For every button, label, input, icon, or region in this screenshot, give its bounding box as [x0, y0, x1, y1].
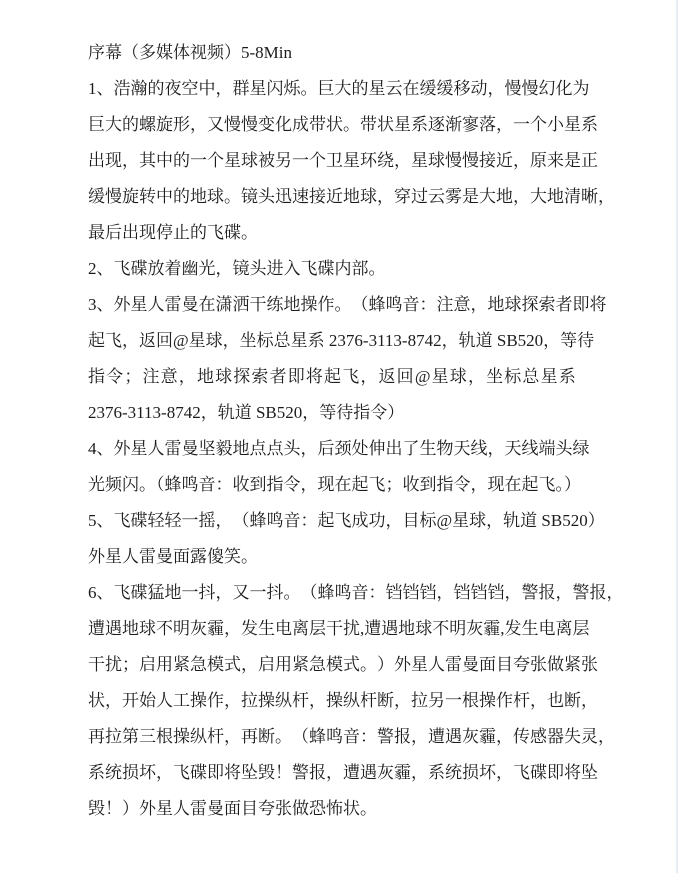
text-line: 缓慢旋转中的地球。镜头迅速接近地球，穿过云雾是大地，大地清晰， — [88, 179, 576, 215]
text-line: 光频闪。（蜂鸣音：收到指令，现在起飞；收到指令，现在起飞。） — [88, 467, 576, 503]
window-right-edge — [676, 0, 678, 873]
text-line: 1、浩瀚的夜空中，群星闪烁。巨大的星云在缓缓移动，慢慢幻化为 — [88, 71, 576, 107]
document-title: 序幕（多媒体视频）5-8Min — [88, 35, 576, 71]
text-line: 6、飞碟猛地一抖，又一抖。（蜂鸣音：铛铛铛，铛铛铛，警报，警报， — [88, 575, 576, 611]
text-line: 4、外星人雷曼坚毅地点点头，后颈处伸出了生物天线，天线端头绿 — [88, 431, 576, 467]
text-line: 毁！）外星人雷曼面目夸张做恐怖状。 — [88, 791, 576, 827]
text-line: 状，开始人工操作，拉操纵杆，操纵杆断，拉另一根操作杆，也断， — [88, 683, 576, 719]
text-line: 出现，其中的一个星球被另一个卫星环绕，星球慢慢接近，原来是正 — [88, 143, 576, 179]
text-line: 系统损坏，飞碟即将坠毁！警报，遭遇灰霾，系统损坏，飞碟即将坠 — [88, 755, 576, 791]
paragraph: 4、外星人雷曼坚毅地点点头，后颈处伸出了生物天线，天线端头绿光频闪。（蜂鸣音：收… — [88, 431, 576, 503]
text-line: 起飞，返回@星球，坐标总星系 2376-3113-8742，轨道 SB520，等… — [88, 323, 576, 359]
text-line: 遭遇地球不明灰霾，发生电离层干扰,遭遇地球不明灰霾,发生电离层 — [88, 611, 576, 647]
document-page: 序幕（多媒体视频）5-8Min 1、浩瀚的夜空中，群星闪烁。巨大的星云在缓缓移动… — [88, 35, 576, 827]
document-body: 1、浩瀚的夜空中，群星闪烁。巨大的星云在缓缓移动，慢慢幻化为巨大的螺旋形，又慢慢… — [88, 71, 576, 827]
text-line: 外星人雷曼面露傻笑。 — [88, 539, 576, 575]
paragraph: 2、飞碟放着幽光，镜头进入飞碟内部。 — [88, 251, 576, 287]
text-line: 2376-3113-8742，轨道 SB520，等待指令） — [88, 395, 576, 431]
paragraph: 6、飞碟猛地一抖，又一抖。（蜂鸣音：铛铛铛，铛铛铛，警报，警报，遭遇地球不明灰霾… — [88, 575, 576, 827]
text-line: 指令；注意，地球探索者即将起飞，返回@星球，坐标总星系 — [88, 359, 576, 395]
text-line: 巨大的螺旋形，又慢慢变化成带状。带状星系逐渐寥落，一个小星系 — [88, 107, 576, 143]
text-line: 干扰；启用紧急模式，启用紧急模式。）外星人雷曼面目夸张做紧张 — [88, 647, 576, 683]
text-line: 2、飞碟放着幽光，镜头进入飞碟内部。 — [88, 251, 576, 287]
paragraph: 1、浩瀚的夜空中，群星闪烁。巨大的星云在缓缓移动，慢慢幻化为巨大的螺旋形，又慢慢… — [88, 71, 576, 251]
paragraph: 5、飞碟轻轻一摇，（蜂鸣音：起飞成功，目标@星球，轨道 SB520）外星人雷曼面… — [88, 503, 576, 575]
text-line: 5、飞碟轻轻一摇，（蜂鸣音：起飞成功，目标@星球，轨道 SB520） — [88, 503, 576, 539]
text-line: 再拉第三根操纵杆，再断。（蜂鸣音：警报，遭遇灰霾，传感器失灵， — [88, 719, 576, 755]
text-line: 3、外星人雷曼在潇洒干练地操作。（蜂鸣音：注意，地球探索者即将 — [88, 287, 576, 323]
text-line: 最后出现停止的飞碟。 — [88, 215, 576, 251]
paragraph: 3、外星人雷曼在潇洒干练地操作。（蜂鸣音：注意，地球探索者即将起飞，返回@星球，… — [88, 287, 576, 431]
